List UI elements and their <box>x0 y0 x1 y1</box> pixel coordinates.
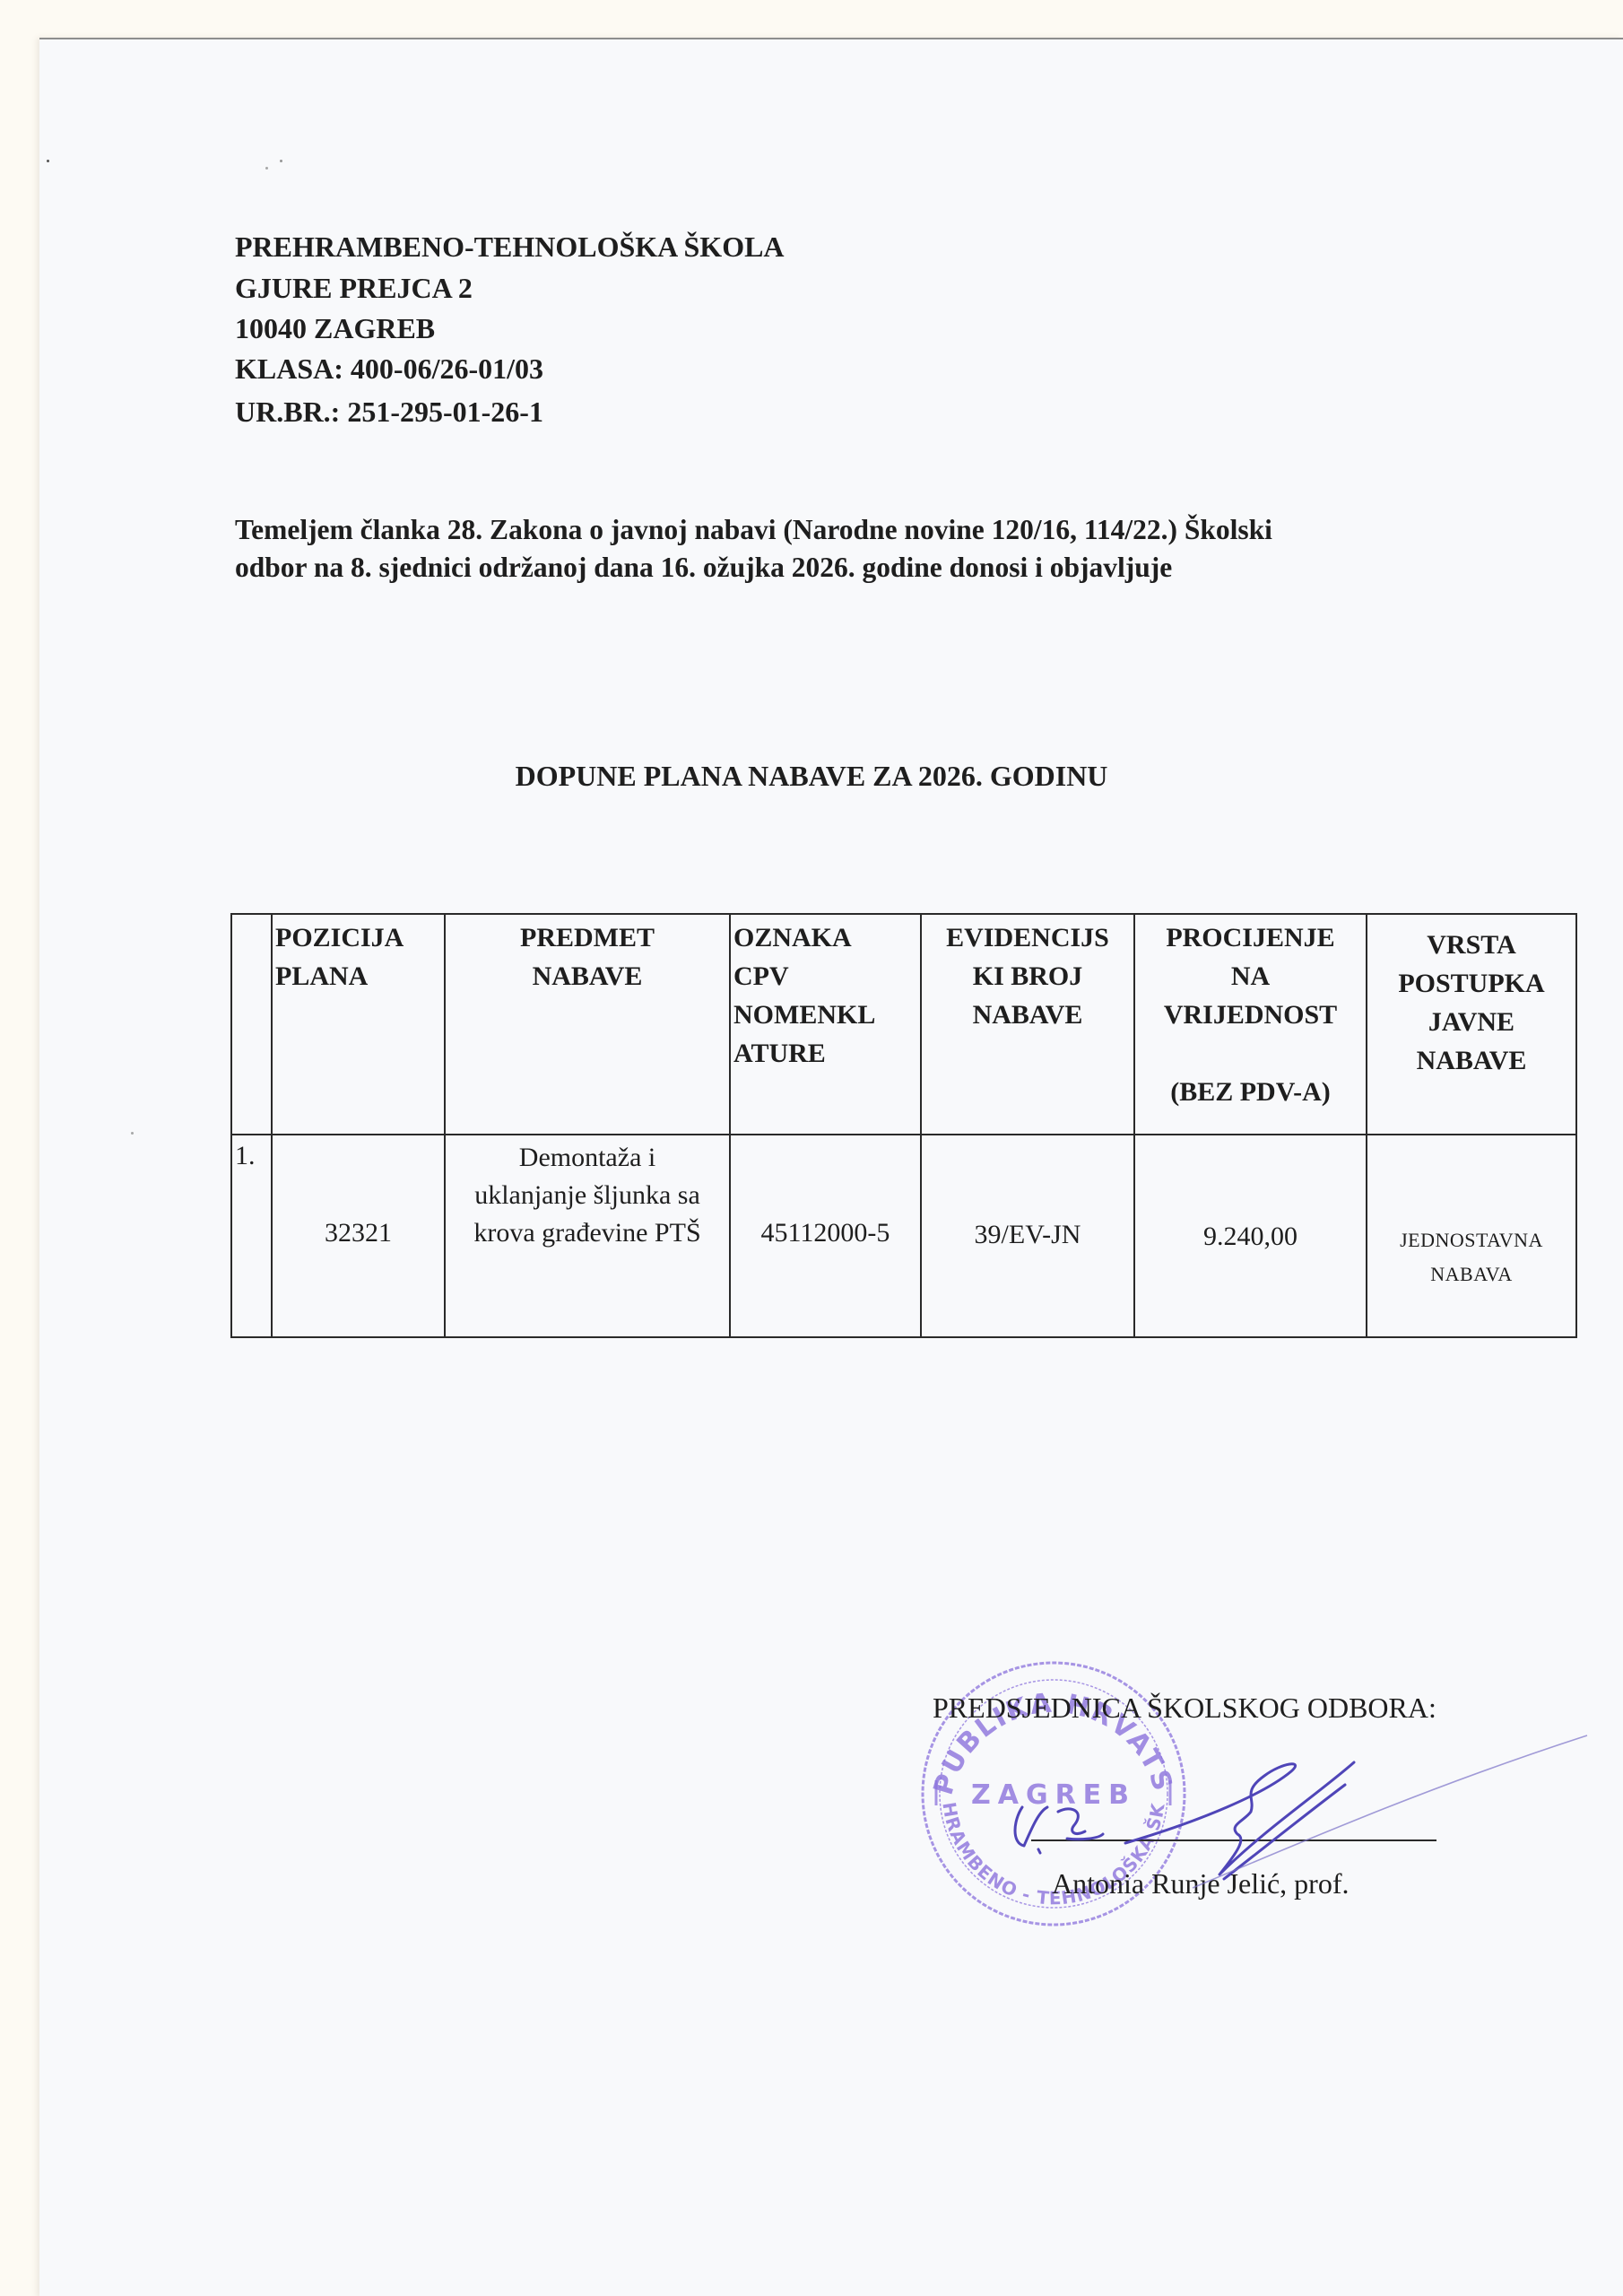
header-text: NABAVE <box>922 996 1133 1034</box>
table-row: 1. 32321 Demontaža i uklanjanje šljunka … <box>231 1135 1576 1337</box>
pozicija-value: 32321 <box>273 1214 444 1252</box>
header-text: NABAVE <box>446 957 729 996</box>
header-vrsta-postupka: VRSTA POSTUPKA JAVNE NABAVE <box>1367 914 1576 1135</box>
cell-vrijednost: 9.240,00 <box>1134 1135 1367 1337</box>
cell-pozicija: 32321 <box>272 1135 445 1337</box>
header-spacer <box>1135 1034 1366 1073</box>
scan-speck <box>47 160 49 162</box>
evidencijski-broj-value: 39/EV-JN <box>922 1216 1133 1254</box>
header-text: VRSTA <box>1367 926 1575 964</box>
document-title: DOPUNE PLANA NABAVE ZA 2026. GODINU <box>0 760 1623 793</box>
header-text: KI BROJ <box>922 957 1133 996</box>
scan-speck <box>131 1132 134 1135</box>
header-evidencijski-broj: EVIDENCIJS KI BROJ NABAVE <box>921 914 1134 1135</box>
row-number: 1. <box>232 1135 271 1175</box>
scan-speck <box>280 160 282 162</box>
header-pozicija-plana: POZICIJA PLANA <box>272 914 445 1135</box>
header-text: POSTUPKA <box>1367 964 1575 1003</box>
header-text: (BEZ PDV-A) <box>1135 1073 1366 1111</box>
cell-predmet: Demontaža i uklanjanje šljunka sa krova … <box>445 1135 730 1337</box>
vrsta-postupka-line: NABAVA <box>1367 1257 1575 1291</box>
header-text: NABAVE <box>1367 1041 1575 1080</box>
signature-line <box>1031 1839 1436 1841</box>
cell-vrsta-postupka: JEDNOSTAVNA NABAVA <box>1367 1135 1576 1337</box>
vrijednost-value: 9.240,00 <box>1135 1218 1366 1256</box>
header-text: VRIJEDNOST <box>1135 996 1366 1034</box>
cell-cpv: 45112000-5 <box>730 1135 921 1337</box>
cpv-value: 45112000-5 <box>731 1214 920 1252</box>
cell-rb: 1. <box>231 1135 272 1337</box>
predmet-line: uklanjanje šljunka sa <box>446 1177 729 1214</box>
klasa: KLASA: 400-06/26-01/03 <box>235 348 543 389</box>
predmet-line: krova građevine PTŠ <box>446 1214 729 1252</box>
school-city: 10040 ZAGREB <box>235 308 435 349</box>
scan-speck <box>265 167 268 170</box>
header-text: JAVNE <box>1367 1003 1575 1041</box>
urbroj: UR.BR.: 251-295-01-26-1 <box>235 391 543 432</box>
intro-line: Temeljem članka 28. Zakona o javnoj naba… <box>235 511 1272 549</box>
school-name: PREHRAMBENO-TEHNOLOŠKA ŠKOLA <box>235 226 785 267</box>
table-header-row: POZICIJA PLANA PREDMET NABAVE OZNAKA CPV… <box>231 914 1576 1135</box>
intro-line: odbor na 8. sjednici održanoj dana 16. o… <box>235 549 1172 587</box>
predmet-line: Demontaža i <box>446 1139 729 1177</box>
vrsta-postupka-line: JEDNOSTAVNA <box>1367 1223 1575 1257</box>
cell-evidencijski-broj: 39/EV-JN <box>921 1135 1134 1337</box>
header-text: OZNAKA <box>733 918 920 957</box>
header-text: NA <box>1135 957 1366 996</box>
header-text: PROCIJENJE <box>1135 918 1366 957</box>
signature-title: PREDSJEDNICA ŠKOLSKOG ODBORA: <box>933 1692 1436 1725</box>
header-text: NOMENKL <box>733 996 920 1034</box>
procurement-table: POZICIJA PLANA PREDMET NABAVE OZNAKA CPV… <box>230 913 1577 1338</box>
header-procijenjena-vrijednost: PROCIJENJE NA VRIJEDNOST (BEZ PDV-A) <box>1134 914 1367 1135</box>
header-oznaka-cpv: OZNAKA CPV NOMENKL ATURE <box>730 914 921 1135</box>
school-address: GJURE PREJCA 2 <box>235 267 473 309</box>
header-text: CPV <box>733 957 920 996</box>
header-text: EVIDENCIJS <box>922 918 1133 957</box>
header-text: POZICIJA <box>275 918 444 957</box>
signatory-name: Antonia Runje Jelić, prof. <box>1052 1867 1349 1900</box>
header-predmet-nabave: PREDMET NABAVE <box>445 914 730 1135</box>
header-text: ATURE <box>733 1034 920 1073</box>
header-text: PREDMET <box>446 918 729 957</box>
header-rb <box>231 914 272 1135</box>
header-text: PLANA <box>275 957 444 996</box>
